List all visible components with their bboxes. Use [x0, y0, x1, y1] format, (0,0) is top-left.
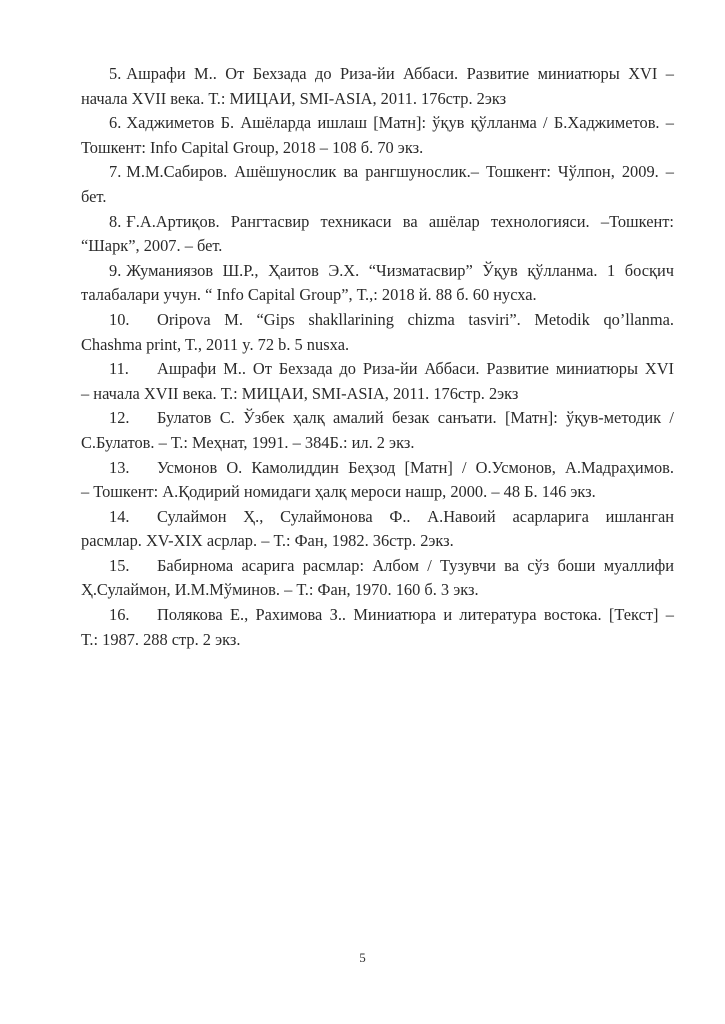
bibliography-entry: 9.Жуманиязов Ш.Р., Ҳаитов Э.Х. “Чизматас…	[81, 259, 674, 308]
entry-line: 15.Бабирнома асарига расмлар: Албом / Ту…	[81, 554, 674, 579]
bibliography-entry: 5.Ашрафи М.. От Бехзада до Риза-йи Аббас…	[81, 62, 674, 111]
entry-line: расмлар. XV-XIX асрлар. – Т.: Фан, 1982.…	[81, 529, 674, 554]
entry-line: талабалари учун. “ Info Capital Group”, …	[81, 283, 674, 308]
bibliography-entry: 11.Ашрафи М.. От Бехзада до Риза-йи Абба…	[81, 357, 674, 406]
bibliography-entry: 15.Бабирнома асарига расмлар: Албом / Ту…	[81, 554, 674, 603]
entry-line: Chashma print, T., 2011 y. 72 b. 5 nusxa…	[81, 333, 674, 358]
entry-line: 10.Oripova M. “Gips shakllarining chizma…	[81, 308, 674, 333]
entry-line: 9.Жуманиязов Ш.Р., Ҳаитов Э.Х. “Чизматас…	[81, 259, 674, 284]
entry-line: 11.Ашрафи М.. От Бехзада до Риза-йи Абба…	[81, 357, 674, 382]
entry-number: 11.	[109, 357, 157, 382]
entry-number: 5.	[109, 62, 121, 87]
bibliography-list: 5.Ашрафи М.. От Бехзада до Риза-йи Аббас…	[81, 62, 674, 652]
entry-line: 6.Хаджиметов Б. Ашёларда ишлаш [Матн]: ў…	[81, 111, 674, 136]
entry-number: 8.	[109, 210, 121, 235]
entry-line: 14.Сулаймон Ҳ., Сулаймонова Ф.. А.Навоий…	[81, 505, 674, 530]
entry-line: 5.Ашрафи М.. От Бехзада до Риза-йи Аббас…	[81, 62, 674, 87]
entry-line: Тошкент: Info Capital Group, 2018 – 108 …	[81, 136, 674, 161]
entry-line: “Шарк”, 2007. – бет.	[81, 234, 674, 259]
entry-line: начала XVII века. Т.: МИЦАИ, SMI-ASIA, 2…	[81, 87, 674, 112]
entry-number: 7.	[109, 160, 121, 185]
bibliography-entry: 16.Полякова Е., Рахимова З.. Миниатюра и…	[81, 603, 674, 652]
entry-number: 12.	[109, 406, 157, 431]
bibliography-entry: 6.Хаджиметов Б. Ашёларда ишлаш [Матн]: ў…	[81, 111, 674, 160]
entry-line: – начала XVII века. Т.: МИЦАИ, SMI-ASIA,…	[81, 382, 674, 407]
entry-number: 14.	[109, 505, 157, 530]
entry-number: 10.	[109, 308, 157, 333]
entry-line: Ҳ.Сулаймон, И.М.Мўминов. – Т.: Фан, 1970…	[81, 578, 674, 603]
entry-line: 8.Ғ.А.Артиқов. Рангтасвир техникаси ва а…	[81, 210, 674, 235]
entry-line: бет.	[81, 185, 674, 210]
page-number: 5	[0, 950, 725, 966]
entry-line: С.Булатов. – Т.: Меҳнат, 1991. – 384Б.: …	[81, 431, 674, 456]
entry-line: Т.: 1987. 288 стр. 2 экз.	[81, 628, 674, 653]
entry-number: 6.	[109, 111, 121, 136]
bibliography-entry: 8.Ғ.А.Артиқов. Рангтасвир техникаси ва а…	[81, 210, 674, 259]
bibliography-entry: 13.Усмонов О. Камолиддин Беҳзод [Матн] /…	[81, 456, 674, 505]
entry-number: 9.	[109, 259, 121, 284]
bibliography-entry: 7.М.М.Сабиров. Ашёшунослик ва рангшуносл…	[81, 160, 674, 209]
bibliography-entry: 10.Oripova M. “Gips shakllarining chizma…	[81, 308, 674, 357]
entry-line: 12.Булатов С. Ўзбек ҳалқ амалий безак са…	[81, 406, 674, 431]
entry-number: 15.	[109, 554, 157, 579]
bibliography-entry: 14.Сулаймон Ҳ., Сулаймонова Ф.. А.Навоий…	[81, 505, 674, 554]
entry-line: 16.Полякова Е., Рахимова З.. Миниатюра и…	[81, 603, 674, 628]
entry-number: 13.	[109, 456, 157, 481]
bibliography-entry: 12.Булатов С. Ўзбек ҳалқ амалий безак са…	[81, 406, 674, 455]
entry-number: 16.	[109, 603, 157, 628]
entry-line: – Тошкент: А.Қодирий номидаги ҳалқ мерос…	[81, 480, 674, 505]
entry-line: 7.М.М.Сабиров. Ашёшунослик ва рангшуносл…	[81, 160, 674, 185]
entry-line: 13.Усмонов О. Камолиддин Беҳзод [Матн] /…	[81, 456, 674, 481]
